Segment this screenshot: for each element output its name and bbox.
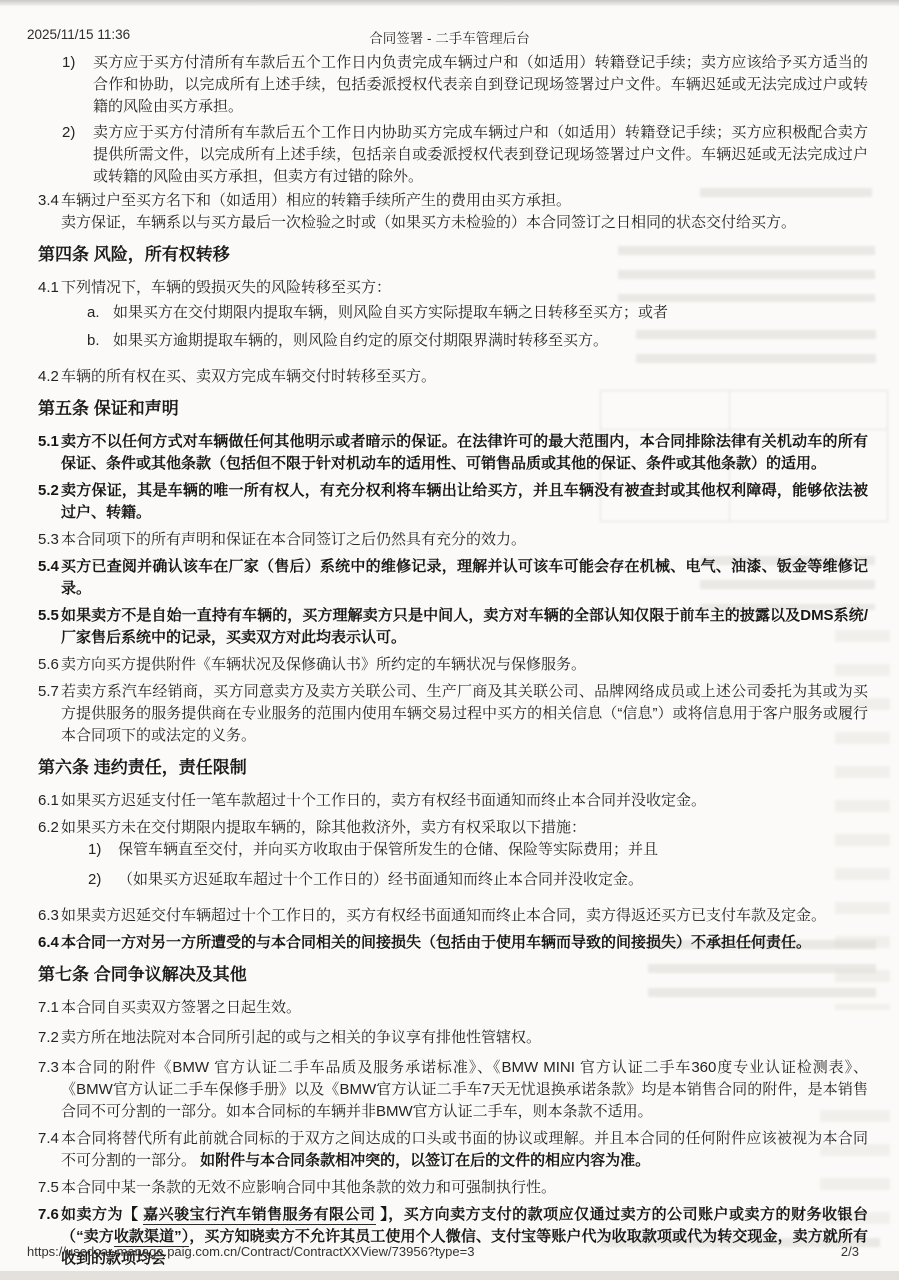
section-heading-4: 第四条 风险，所有权转移	[38, 242, 868, 268]
clause-5-1: 5.1卖方不以任何方式对车辆做任何其他明示或者暗示的保证。在法律许可的最大范围内…	[38, 431, 868, 475]
clause-number: 6.2	[38, 817, 59, 839]
clause-number: 5.5	[38, 605, 59, 627]
clause-number: 3.4	[38, 190, 59, 212]
clause-text: 卖方不以任何方式对车辆做任何其他明示或者暗示的保证。在法律许可的最大范围内，本合…	[61, 433, 868, 472]
clause-number: 4.2	[38, 366, 59, 388]
clause-5-3: 5.3本合同项下的所有声明和保证在本合同签订之后仍然具有充分的效力。	[38, 529, 868, 551]
clause-text: 卖方所在地法院对本合同所引起的或与之相关的争议享有排他性管辖权。	[61, 1029, 541, 1046]
section-heading-7: 第七条 合同争议解决及其他	[38, 962, 868, 988]
item-text: 如果买方在交付期限内提取车辆，则风险自买方实际提取车辆之日转移至买方；或者	[113, 304, 668, 321]
item-text: 卖方应于买方付清所有车款后五个工作日内协助买方完成车辆过户和（如适用）转籍登记手…	[93, 124, 868, 185]
clause-number: 5.4	[38, 556, 59, 578]
clause-5-6: 5.6卖方向买方提供附件《车辆状况及保修确认书》所约定的车辆状况与保修服务。	[38, 654, 868, 676]
clause-number: 7.1	[38, 997, 59, 1019]
clause-text: 本合同一方对另一方所遭受的与本合同相关的间接损失（包括由于使用车辆而导致的间接损…	[61, 934, 811, 951]
clause-5-4: 5.4买方已查阅并确认该车在厂家（售后）系统中的维修记录，理解并认可该车可能会存…	[38, 556, 868, 600]
clause-7-5: 7.5本合同中某一条款的无效不应影响合同中其他条款的效力和可强制执行性。	[38, 1177, 868, 1199]
clause-number: 7.3	[38, 1057, 59, 1079]
clause-text: 买方已查阅并确认该车在厂家（售后）系统中的维修记录，理解并认可该车可能会存在机械…	[61, 558, 868, 597]
section-heading-6: 第六条 违约责任，责任限制	[38, 755, 868, 781]
clause-text: 如果买方未在交付期限内提取车辆的，除其他救济外，卖方有权采取以下措施：	[61, 819, 586, 836]
clause-text: 如果买方迟延支付任一笔车款超过十个工作日的，卖方有权经书面通知而终止本合同并没收…	[61, 792, 706, 809]
clause-text: 本合同中某一条款的无效不应影响合同中其他条款的效力和可强制执行性。	[61, 1179, 556, 1196]
item-marker: b.	[87, 330, 100, 352]
clause-number: 5.1	[38, 431, 59, 453]
item-text: 如果买方逾期提取车辆的，则风险自约定的原交付期限界满时转移至买方。	[113, 332, 608, 349]
clause-5-7: 5.7若卖方系汽车经销商，买方同意卖方及卖方关联公司、生产厂商及其关联公司、品牌…	[38, 681, 868, 747]
item-text: 买方应于买方付清所有车款后五个工作日内负责完成车辆过户和（如适用）转籍登记手续；…	[93, 54, 868, 115]
clause-text: 若卖方系汽车经销商，买方同意卖方及卖方关联公司、生产厂商及其关联公司、品牌网络成…	[61, 683, 868, 744]
item-marker: 1)	[62, 52, 75, 74]
item-marker: 1)	[88, 839, 101, 861]
clause-4-1-sub-b: b.如果买方逾期提取车辆的，则风险自约定的原交付期限界满时转移至买方。	[38, 330, 868, 352]
item-text: （如果买方迟延取车超过十个工作日的）经书面通知而终止本合同并没收定金。	[118, 871, 643, 888]
clause-number: 7.6	[38, 1204, 59, 1226]
clause-number: 4.1	[38, 277, 59, 299]
section-heading-5: 第五条 保证和声明	[38, 396, 868, 422]
clause-number: 6.4	[38, 932, 59, 954]
clause-number: 7.4	[38, 1128, 59, 1150]
clause-number: 5.6	[38, 654, 59, 676]
clause-text: 车辆过户至买方名下和（如适用）相应的转籍手续所产生的费用由买方承担。	[61, 192, 571, 209]
print-footer: https://usedcar-manage.paig.com.cn/Contr…	[27, 1244, 872, 1262]
clause-text: 车辆的所有权在买、卖双方完成车辆交付时转移至买方。	[61, 368, 436, 385]
clause-number: 5.2	[38, 480, 59, 502]
clause-7-2: 7.2卖方所在地法院对本合同所引起的或与之相关的争议享有排他性管辖权。	[38, 1027, 868, 1049]
clause-number: 6.1	[38, 790, 59, 812]
contract-body: 1)买方应于买方付清所有车款后五个工作日内负责完成车辆过户和（如适用）转籍登记手…	[38, 52, 868, 1270]
clause-5-2: 5.2卖方保证，其是车辆的唯一所有权人，有充分权利将车辆出让给买方，并且车辆没有…	[38, 480, 868, 524]
print-header: 2025/11/15 11:36 合同签署 - 二手车管理后台	[27, 27, 872, 45]
page-indicator: 2/3	[841, 1244, 859, 1259]
clause-text: 卖方保证，其是车辆的唯一所有权人，有充分权利将车辆出让给买方，并且车辆没有被查封…	[61, 482, 868, 521]
clause-6-3: 6.3如果卖方迟延交付车辆超过十个工作日的，买方有权经书面通知而终止本合同，卖方…	[38, 905, 868, 927]
clause-4-2: 4.2车辆的所有权在买、卖双方完成车辆交付时转移至买方。	[38, 366, 868, 388]
clause-6-1: 6.1如果买方迟延支付任一笔车款超过十个工作日的，卖方有权经书面通知而终止本合同…	[38, 790, 868, 812]
clause-number: 7.2	[38, 1027, 59, 1049]
source-url: https://usedcar-manage.paig.com.cn/Contr…	[27, 1244, 474, 1259]
clause-6-2: 6.2如果买方未在交付期限内提取车辆的，除其他救济外，卖方有权采取以下措施：	[38, 817, 868, 839]
clause-number: 5.3	[38, 529, 59, 551]
clause-7-3: 7.3本合同的附件《BMW 官方认证二手车品质及服务承诺标准》、《BMW MIN…	[38, 1057, 868, 1123]
clause-6-2-sub-2: 2)（如果买方迟延取车超过十个工作日的）经书面通知而终止本合同并没收定金。	[38, 869, 868, 891]
clause-4-1-sub-a: a.如果买方在交付期限内提取车辆，则风险自买方实际提取车辆之日转移至买方；或者	[38, 302, 868, 324]
clause-3-4: 3.4车辆过户至买方名下和（如适用）相应的转籍手续所产生的费用由买方承担。	[38, 190, 868, 212]
clause-number: 6.3	[38, 905, 59, 927]
clause-text: 如果卖方迟延交付车辆超过十个工作日的，买方有权经书面通知而终止本合同，卖方得返还…	[61, 907, 826, 924]
clause-number: 5.7	[38, 681, 59, 703]
clause-text: 本合同的附件《BMW 官方认证二手车品质及服务承诺标准》、《BMW MINI 官…	[61, 1059, 868, 1120]
clause-text: 如果卖方不是自始一直持有车辆的，买方理解卖方只是中间人，卖方对车辆的全部认知仅限…	[61, 607, 868, 646]
clause-text: 卖方保证，车辆系以与买方最后一次检验之时或（如果买方未检验的）本合同签订之日相同…	[61, 214, 796, 231]
item-marker: a.	[87, 302, 100, 324]
clause-4-1: 4.1下列情况下，车辆的毁损灭失的风险转移至买方：	[38, 277, 868, 299]
clause-text-bold: 如附件与本合同条款相冲突的，以签订在后的文件的相应内容为准。	[200, 1152, 650, 1169]
clause-text: 卖方向买方提供附件《车辆状况及保修确认书》所约定的车辆状况与保修服务。	[61, 656, 586, 673]
clause-text: 下列情况下，车辆的毁损灭失的风险转移至买方：	[61, 279, 391, 296]
seller-company-name: 嘉兴骏宝行汽车销售服务有限公司	[143, 1206, 375, 1225]
clause-text: 本合同项下的所有声明和保证在本合同签订之后仍然具有充分的效力。	[61, 531, 526, 548]
clause-5-5: 5.5如果卖方不是自始一直持有车辆的，买方理解卖方只是中间人，卖方对车辆的全部认…	[38, 605, 868, 649]
item-marker: 2)	[62, 122, 75, 144]
page-title: 合同签署 - 二手车管理后台	[27, 27, 872, 47]
page-bottom-edge	[0, 1271, 899, 1280]
clause-text: 本合同自买卖双方签署之日起生效。	[61, 999, 301, 1016]
carryover-item-2: 2)卖方应于买方付清所有车款后五个工作日内协助买方完成车辆过户和（如适用）转籍登…	[38, 122, 868, 188]
clause-3-4-continuation: 卖方保证，车辆系以与买方最后一次检验之时或（如果买方未检验的）本合同签订之日相同…	[38, 212, 868, 234]
clause-7-4: 7.4本合同将替代所有此前就合同标的于双方之间达成的口头或书面的协议或理解。并且…	[38, 1128, 868, 1172]
clause-number: 7.5	[38, 1177, 59, 1199]
item-marker: 2)	[88, 869, 101, 891]
clause-7-1: 7.1本合同自买卖双方签署之日起生效。	[38, 997, 868, 1019]
clause-text: 如卖方为【	[61, 1206, 143, 1223]
clause-6-2-sub-1: 1)保管车辆直至交付，并向买方收取由于保管所发生的仓储、保险等实际费用；并且	[38, 839, 868, 861]
clause-6-4: 6.4本合同一方对另一方所遭受的与本合同相关的间接损失（包括由于使用车辆而导致的…	[38, 932, 868, 954]
page-top-edge	[0, 0, 899, 6]
item-text: 保管车辆直至交付，并向买方收取由于保管所发生的仓储、保险等实际费用；并且	[118, 841, 658, 858]
carryover-item-1: 1)买方应于买方付清所有车款后五个工作日内负责完成车辆过户和（如适用）转籍登记手…	[38, 52, 868, 118]
